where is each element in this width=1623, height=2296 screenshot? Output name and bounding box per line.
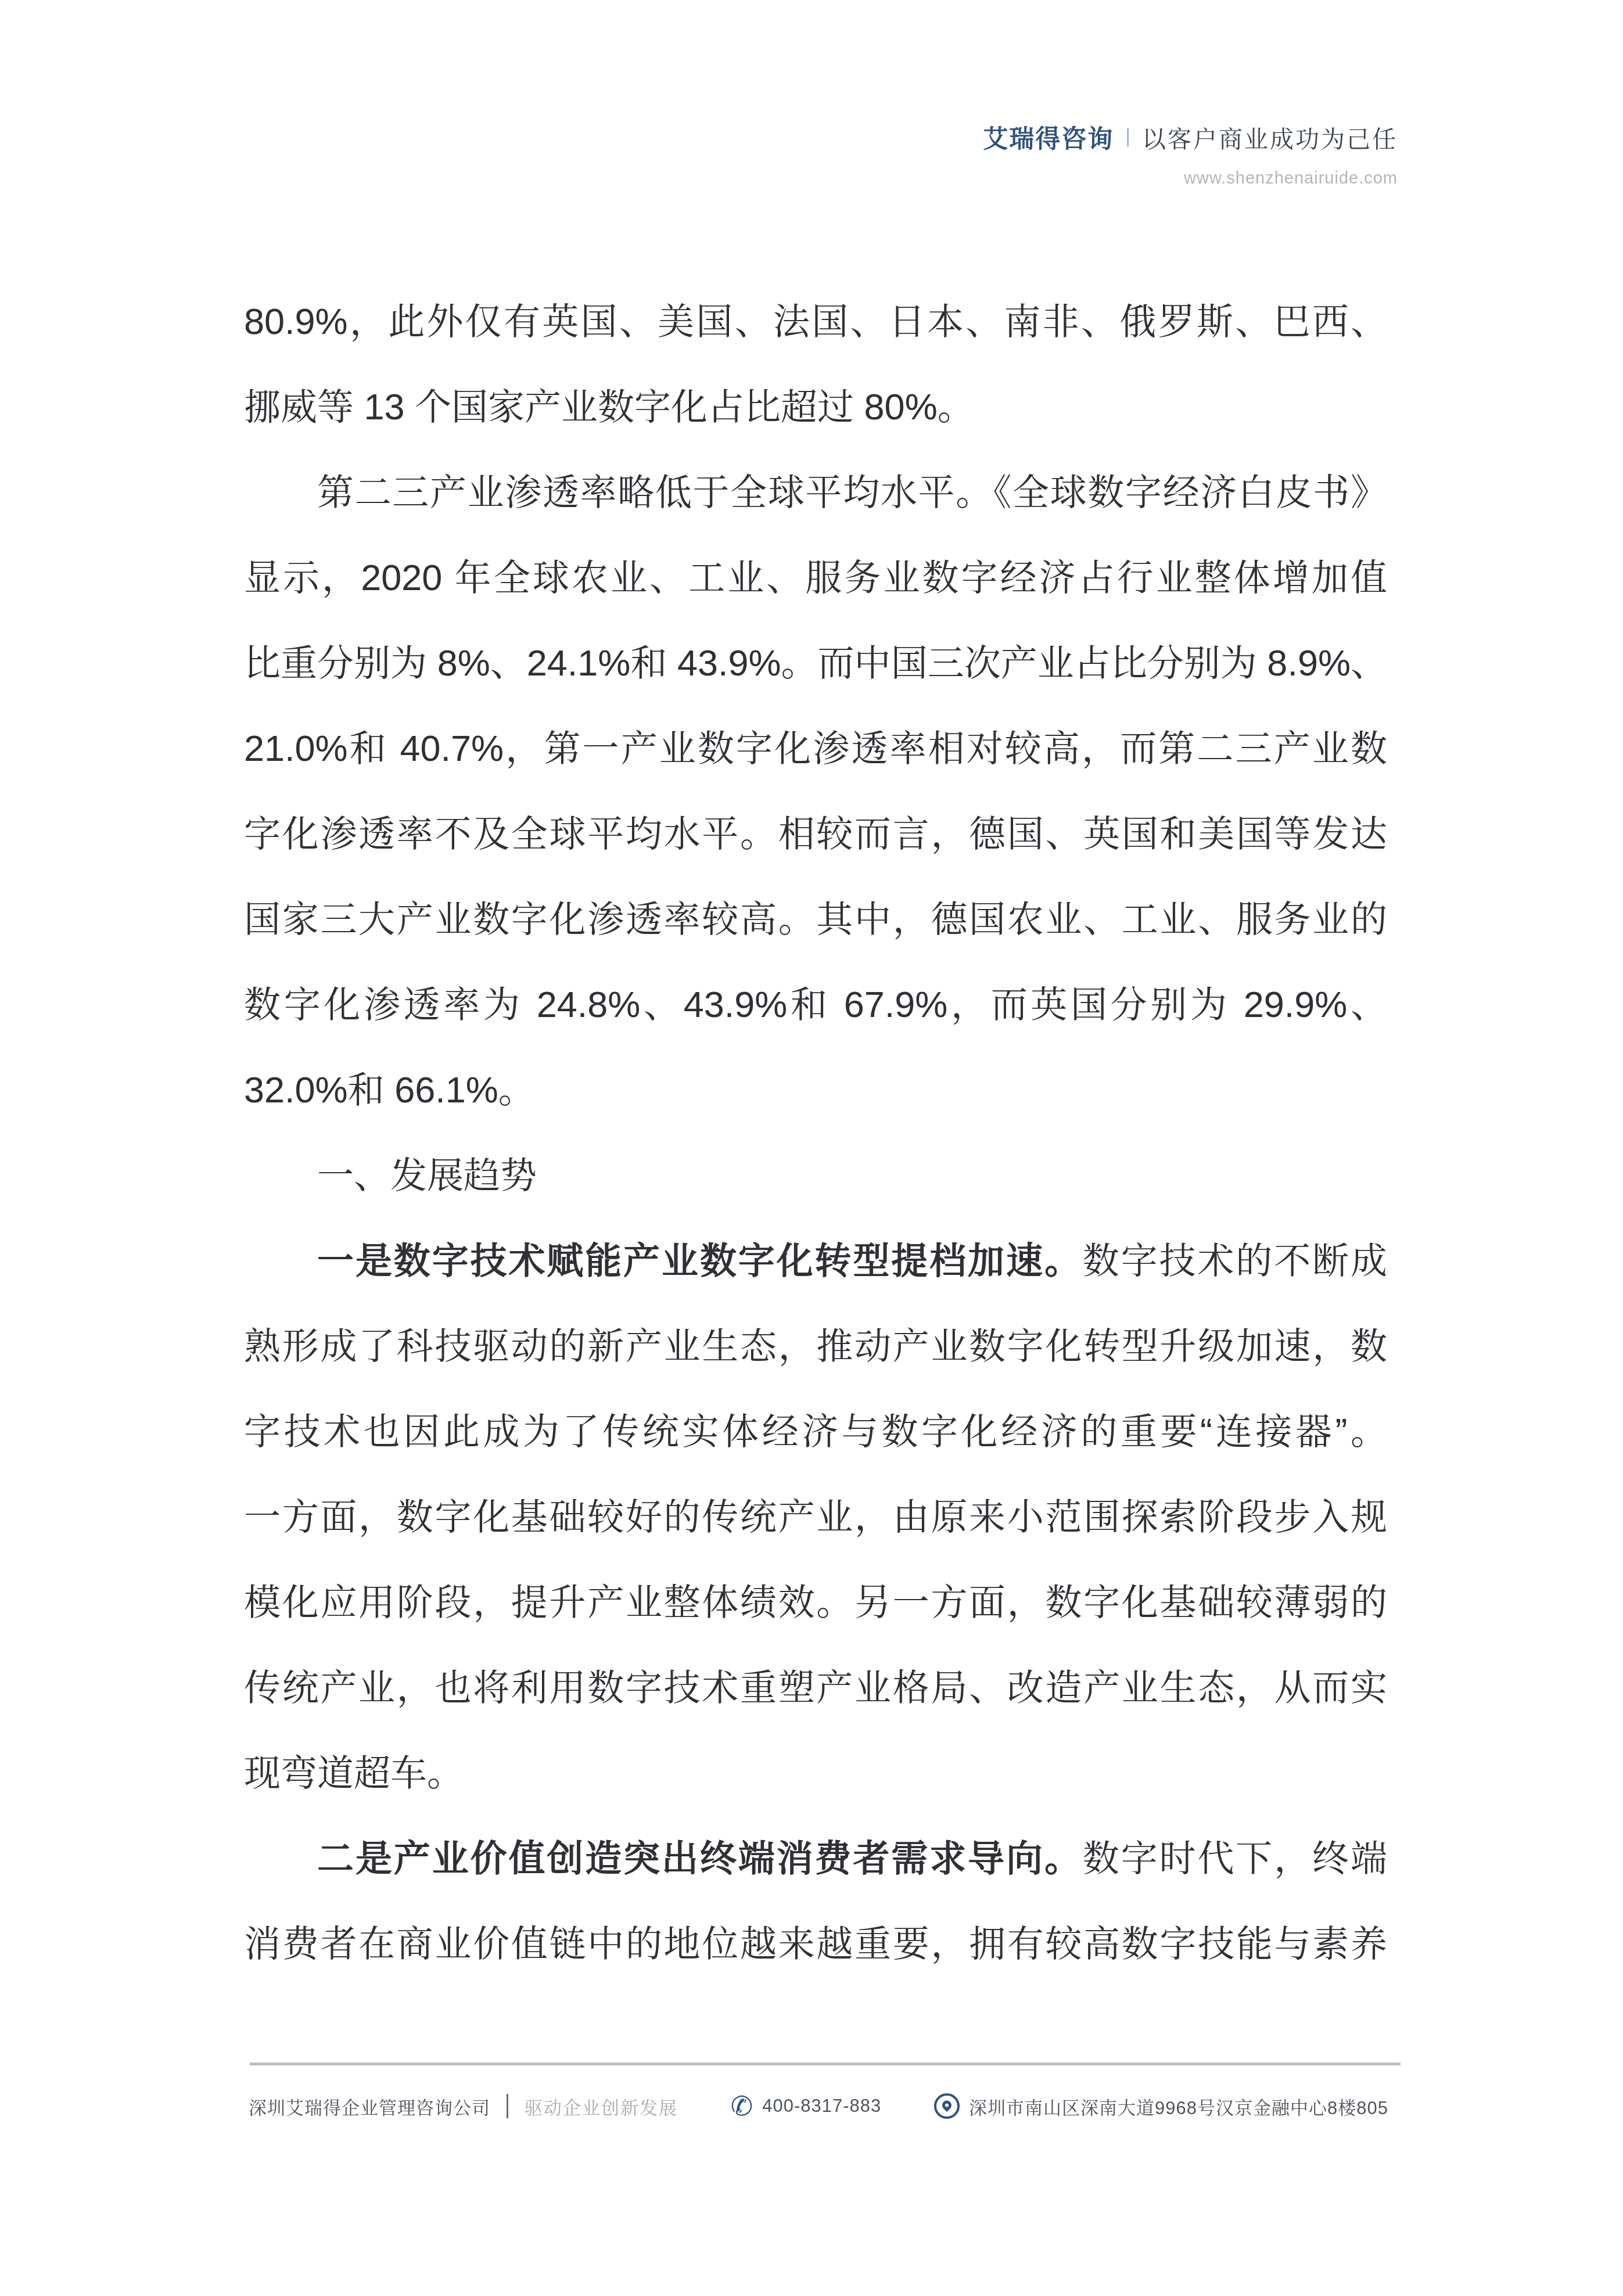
body-line: 数字化渗透率为 24.8%、43.9%和 67.9%，而英国分别为 29.9%、	[244, 962, 1387, 1048]
footer-phone-number: 400-8317-883	[762, 2096, 881, 2117]
body-line: 二是产业价值创造突出终端消费者需求导向。数字时代下，终端	[244, 1816, 1387, 1902]
body-line: 字技术也因此成为了传统实体经济与数字化经济的重要“连接器”。	[244, 1389, 1387, 1475]
header-divider: |	[1125, 125, 1130, 148]
body-line: 模化应用阶段，提升产业整体绩效。另一方面，数字化基础较薄弱的	[244, 1560, 1387, 1645]
footer-company-group: 深圳艾瑞得企业管理咨询公司 驱动企业创新发展	[249, 2093, 678, 2119]
footer-phone-group: ✆ 400-8317-883	[731, 2093, 882, 2119]
location-pin-icon	[934, 2093, 960, 2119]
body-line: 传统产业，也将利用数字技术重塑产业格局、改造产业生态，从而实	[244, 1645, 1387, 1731]
body-line: 80.9%，此外仅有英国、美国、法国、日本、南非、俄罗斯、巴西、	[244, 279, 1387, 365]
brand-logo-text: 艾瑞得咨询	[983, 120, 1114, 155]
body-line: 现弯道超车。	[244, 1731, 1387, 1816]
footer-slogan: 驱动企业创新发展	[525, 2093, 678, 2119]
body-line: 一是数字技术赋能产业数字化转型提档加速。数字技术的不断成	[244, 1219, 1387, 1304]
header-brand-line: 艾瑞得咨询 | 以客户商业成功为己任	[983, 120, 1398, 155]
page-header: 艾瑞得咨询 | 以客户商业成功为己任 www.shenzhenairuide.c…	[983, 120, 1398, 188]
body-line: 挪威等 13 个国家产业数字化占比超过 80%。	[244, 365, 1387, 450]
footer-separator-bar	[507, 2094, 508, 2118]
phone-icon: ✆	[731, 2093, 753, 2119]
section-heading: 一、发展趋势	[244, 1133, 1387, 1219]
paragraph-text: 数字技术的不断成	[1083, 1241, 1387, 1281]
body-line: 比重分别为 8%、24.1%和 43.9%。而中国三次产业占比分别为 8.9%、	[244, 621, 1387, 706]
footer-company-name: 深圳艾瑞得企业管理咨询公司	[249, 2093, 490, 2119]
body-line: 32.0%和 66.1%。	[244, 1048, 1387, 1133]
document-body: 80.9%，此外仅有英国、美国、法国、日本、南非、俄罗斯、巴西、 挪威等 13 …	[244, 279, 1387, 1987]
body-line: 21.0%和 40.7%，第一产业数字化渗透率相对较高，而第二三产业数	[244, 706, 1387, 792]
paragraph-lead-bold: 一是数字技术赋能产业数字化转型提档加速。	[317, 1241, 1083, 1281]
footer-address-group: 深圳市南山区深南大道9968号汉京金融中心8楼805	[934, 2093, 1388, 2119]
footer-divider-line	[250, 2063, 1401, 2065]
body-line: 一方面，数字化基础较好的传统产业，由原来小范围探索阶段步入规	[244, 1475, 1387, 1560]
footer-address: 深圳市南山区深南大道9968号汉京金融中心8楼805	[969, 2093, 1388, 2119]
body-line: 显示，2020 年全球农业、工业、服务业数字经济占行业整体增加值	[244, 536, 1387, 621]
brand-slogan: 以客户商业成功为己任	[1142, 120, 1398, 154]
location-pin-shape	[940, 2099, 954, 2112]
paragraph-lead-bold: 二是产业价值创造突出终端消费者需求导向。	[317, 1838, 1083, 1879]
body-line: 消费者在商业价值链中的地位越来越重要，拥有较高数字技能与素养	[244, 1902, 1387, 1987]
body-line: 熟形成了科技驱动的新产业生态，推动产业数字化转型升级加速，数	[244, 1304, 1387, 1389]
body-line: 第二三产业渗透率略低于全球平均水平。《全球数字经济白皮书》	[244, 450, 1387, 536]
paragraph-text: 数字时代下，终端	[1083, 1838, 1387, 1879]
document-page: { "header": { "brand": "艾瑞得咨询", "divider…	[0, 0, 1623, 2296]
page-footer: 深圳艾瑞得企业管理咨询公司 驱动企业创新发展 ✆ 400-8317-883 深圳…	[249, 2090, 1388, 2122]
body-line: 字化渗透率不及全球平均水平。相较而言，德国、英国和美国等发达	[244, 792, 1387, 877]
website-url: www.shenzhenairuide.com	[983, 169, 1398, 188]
body-line: 国家三大产业数字化渗透率较高。其中，德国农业、工业、服务业的	[244, 877, 1387, 962]
